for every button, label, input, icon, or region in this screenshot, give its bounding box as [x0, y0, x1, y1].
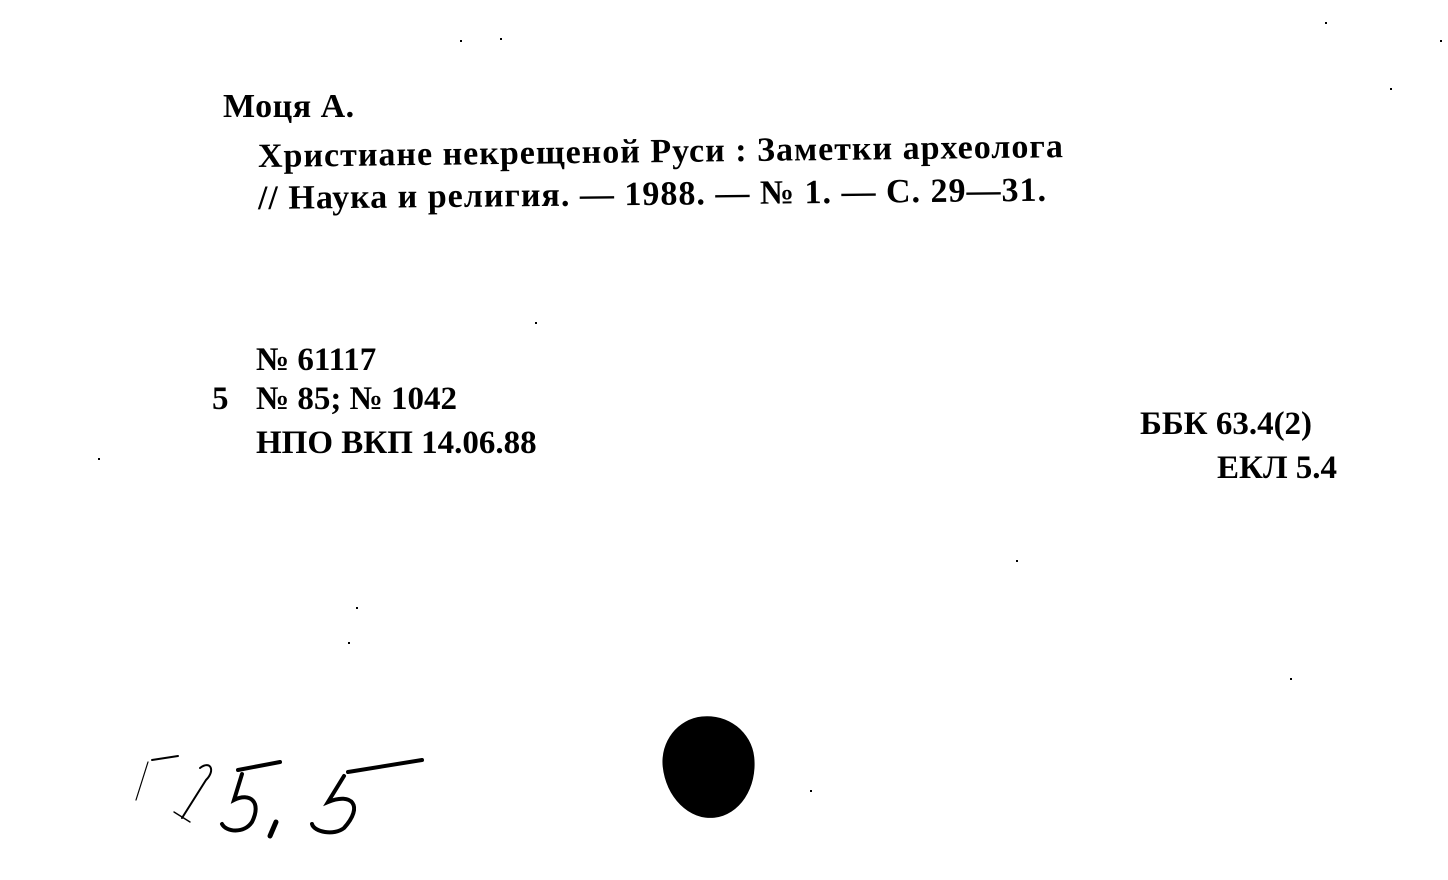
speck — [500, 38, 502, 40]
source-citation: // Наука и религия. — 1988. — № 1. — С. … — [258, 172, 1047, 218]
speck — [1290, 678, 1292, 680]
speck — [1390, 88, 1392, 90]
npo-line: НПО ВКП 14.06.88 — [256, 425, 537, 462]
record-number: № 61117 — [256, 342, 376, 379]
bbk-classification: ББК 63.4(2) — [1140, 406, 1312, 443]
ekl-classification: ЕКЛ 5.4 — [1217, 450, 1337, 487]
speck — [810, 790, 812, 792]
speck — [1016, 560, 1018, 562]
side-mark: 5 — [212, 381, 229, 418]
issue-numbers: № 85; № 1042 — [256, 381, 457, 418]
punched-hole-mark — [658, 711, 760, 822]
speck — [1440, 40, 1442, 42]
speck — [98, 458, 100, 460]
speck — [460, 40, 462, 42]
handwritten-note: 125,5 — [130, 740, 460, 850]
speck — [1325, 22, 1327, 24]
library-catalog-card: Моця А. Христиане некрещеной Руси : Заме… — [0, 0, 1448, 880]
speck — [348, 642, 350, 644]
speck — [535, 322, 537, 324]
author-name: Моця А. — [223, 88, 355, 126]
speck — [356, 607, 358, 609]
article-title: Христиане некрещеной Руси : Заметки архе… — [258, 128, 1064, 176]
